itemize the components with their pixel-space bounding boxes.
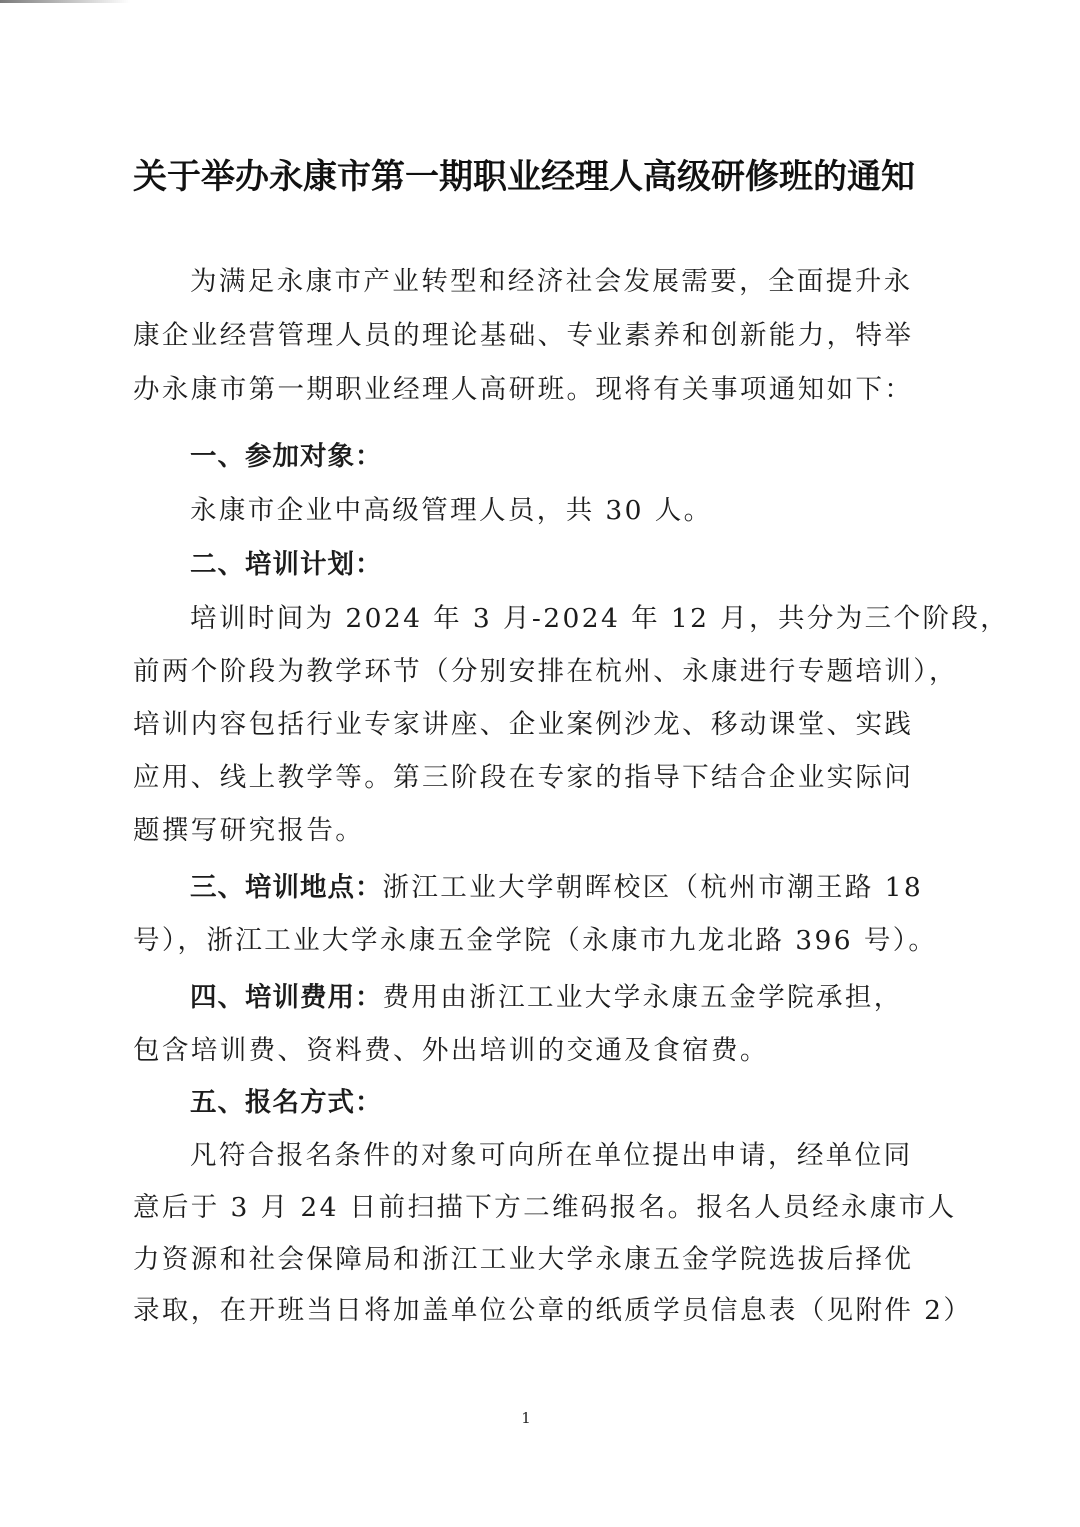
- intro-line-3: 办永康市第一期职业经理人高研班。现将有关事项通知如下：: [133, 370, 928, 410]
- section-plan-line-3: 培训内容包括行业专家讲座、企业案例沙龙、移动课堂、实践: [133, 705, 928, 745]
- section-heading-registration: 五、报名方式：: [190, 1083, 928, 1123]
- section-participants-line-1: 永康市企业中高级管理人员，共 30 人。: [190, 491, 928, 531]
- section-location-line-2: 号），浙江工业大学永康五金学院（永康市九龙北路 396 号）。: [133, 921, 928, 961]
- intro-line-1: 为满足永康市产业转型和经济社会发展需要，全面提升永: [190, 262, 928, 302]
- section-registration-line-2: 意后于 3 月 24 日前扫描下方二维码报名。报名人员经永康市人: [133, 1188, 928, 1228]
- section-plan-line-4: 应用、线上教学等。第三阶段在专家的指导下结合企业实际问: [133, 758, 928, 798]
- page-number: 1: [518, 1408, 534, 1428]
- section-registration-line-4: 录取，在开班当日将加盖单位公章的纸质学员信息表（见附件 2）: [133, 1291, 928, 1331]
- section-fees-line-2: 包含培训费、资料费、外出培训的交通及食宿费。: [133, 1031, 928, 1071]
- section-registration-line-3: 力资源和社会保障局和浙江工业大学永康五金学院选拔后择优: [133, 1240, 928, 1280]
- section-location-text-1: 浙江工业大学朝晖校区（杭州市潮王路 18: [383, 872, 924, 903]
- section-plan-line-1: 培训时间为 2024 年 3 月-2024 年 12 月，共分为三个阶段，: [190, 599, 928, 639]
- section-plan-line-2: 前两个阶段为教学环节（分别安排在杭州、永康进行专题培训），: [133, 652, 928, 692]
- section-plan-line-5: 题撰写研究报告。: [133, 811, 928, 851]
- section-fees-text-1: 费用由浙江工业大学永康五金学院承担，: [383, 982, 903, 1013]
- section-heading-location: 三、培训地点：: [190, 872, 383, 903]
- section-heading-participants: 一、参加对象：: [190, 437, 928, 477]
- section-location-line-1: 三、培训地点：浙江工业大学朝晖校区（杭州市潮王路 18: [190, 868, 928, 908]
- document-page: 关于举办永康市第一期职业经理人高级研修班的通知 为满足永康市产业转型和经济社会发…: [0, 0, 1080, 1527]
- section-registration-line-1: 凡符合报名条件的对象可向所在单位提出申请，经单位同: [190, 1136, 928, 1176]
- section-fees-line-1: 四、培训费用：费用由浙江工业大学永康五金学院承担，: [190, 978, 928, 1018]
- document-title: 关于举办永康市第一期职业经理人高级研修班的通知: [133, 152, 933, 202]
- section-heading-fees: 四、培训费用：: [190, 982, 383, 1013]
- section-heading-training-plan: 二、培训计划：: [190, 545, 928, 585]
- intro-line-2: 康企业经营管理人员的理论基础、专业素养和创新能力，特举: [133, 316, 928, 356]
